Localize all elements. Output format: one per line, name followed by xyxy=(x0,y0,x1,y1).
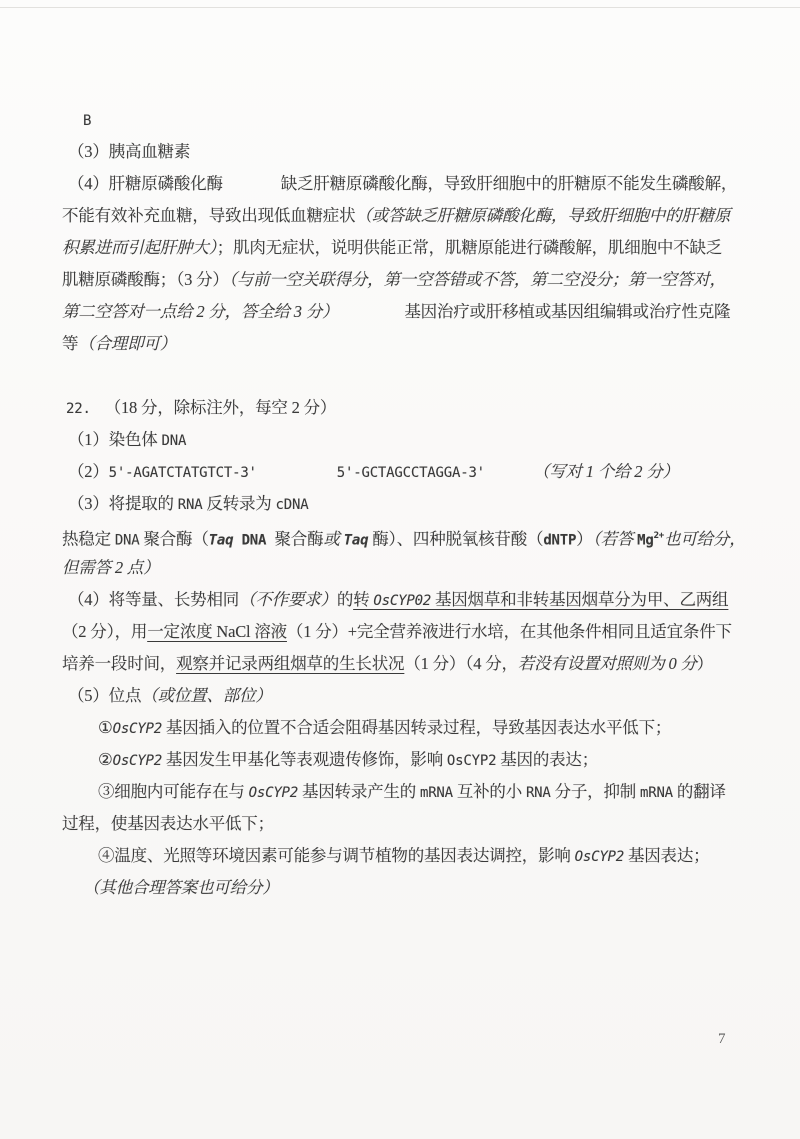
text-line: （4）将等量、长势相同（不作要求）的转 OsCYP02 基因烟草和非转基因烟草分… xyxy=(62,584,746,616)
text-segment: ② xyxy=(98,750,113,769)
text-segment: 缺乏肝糖原磷酸化酶，导致肝细胞中的肝糖原不能发生磷酸解， xyxy=(281,174,737,193)
text-segment: mRNA xyxy=(420,785,453,801)
text-segment: （或位置、部位） xyxy=(141,686,271,705)
text-segment: 基因的表达； xyxy=(496,750,598,769)
text-line: （2 分），用一定浓度 NaCl 溶液（1 分）+完全营养液进行水培，在其他条件… xyxy=(62,616,746,648)
text-segment: 基因插入的位置不合适会阻碍基因转录过程，导致基因表达水平低下； xyxy=(162,718,671,737)
text-segment: 肌糖原磷酸酶；（3 分） xyxy=(62,270,229,289)
text-segment: 聚合酶 xyxy=(275,530,324,549)
text-segment: ；肌肉无症状，说明供能正常，肌糖原能进行磷酸解，肌细胞中不缺乏 xyxy=(217,238,722,257)
text-line: 第二空答对一点给 2 分，答全给 3 分）基因治疗或肝移植或基因组编辑或治疗性克… xyxy=(62,296,746,328)
text-segment: 转 xyxy=(353,590,373,609)
text-line: 积累进而引起肝肿大）；肌肉无症状，说明供能正常，肌糖原能进行磷酸解，肌细胞中不缺… xyxy=(62,232,746,264)
text-line: 培养一段时间，观察并记录两组烟草的生长状况（1 分）（4 分，若没有设置对照则为… xyxy=(62,648,746,680)
text-segment: RNA xyxy=(526,785,551,801)
text-segment: ） xyxy=(697,654,713,673)
text-segment: 基因治疗或肝移植或基因组编辑或治疗性克隆 xyxy=(404,302,730,321)
text-segment: 热稳定 xyxy=(62,530,115,549)
scanned-exam-answer-page: B（3）胰高血糖素（4）肝糖原磷酸化酶缺乏肝糖原磷酸化酶，导致肝细胞中的肝糖原不… xyxy=(0,0,800,1139)
text-line: 等（合理即可） xyxy=(62,328,746,360)
spacer xyxy=(338,316,404,317)
text-segment: （18 分，除标注外，每空 2 分） xyxy=(105,398,337,417)
text-segment: 2+ xyxy=(654,531,664,541)
text-segment: 的翻译 xyxy=(673,782,726,801)
spacer xyxy=(485,476,533,477)
text-segment: 分子，抑制 xyxy=(551,782,640,801)
spacer xyxy=(223,188,281,189)
text-segment: mRNA xyxy=(640,785,673,801)
text-segment: 若没有设置对照则为 0 分 xyxy=(518,654,697,673)
text-segment: （2） xyxy=(68,462,109,481)
text-segment: 5'-GCTAGCCTAGGA-3' xyxy=(337,465,485,481)
text-segment: （写对 1 个给 2 分） xyxy=(533,462,679,481)
text-line: ②OsCYP2 基因发生甲基化等表观遗传修饰，影响 OsCYP2 基因的表达； xyxy=(62,744,746,776)
text-line: ①OsCYP2 基因插入的位置不合适会阻碍基因转录过程，导致基因表达水平低下； xyxy=(62,712,746,744)
text-segment: OsCYP02 xyxy=(373,593,431,609)
text-line: 不能有效补充血糖，导致出现低血糖症状（或答缺乏肝糖原磷酸化酶，导致肝细胞中的肝糖… xyxy=(62,200,746,232)
scan-edge-line xyxy=(0,7,800,8)
text-segment: （合理即可） xyxy=(78,334,176,353)
text-segment: （若答 xyxy=(593,530,638,549)
text-line: （3）胰高血糖素 xyxy=(62,136,746,168)
text-segment: cDNA xyxy=(276,497,309,513)
spacer xyxy=(257,476,337,477)
text-segment: DNA xyxy=(161,433,186,449)
text-segment: （2 分），用 xyxy=(62,622,147,641)
text-line: （5）位点（或位置、部位） xyxy=(62,680,746,712)
spacer xyxy=(91,412,105,413)
text-segment: （或答缺乏肝糖原磷酸化酶，导致肝细胞中的肝糖原 xyxy=(355,206,730,225)
text-segment: 基因表达； xyxy=(624,846,709,865)
text-line: B xyxy=(62,104,746,136)
text-segment: （与前一空关联得分，第一空答错或不答，第二空没分；第一空答对， xyxy=(229,270,726,289)
text-segment: （4）肝糖原磷酸化酶 xyxy=(68,174,223,193)
text-segment: OsCYP2 xyxy=(447,753,496,769)
text-segment: ① xyxy=(98,718,113,737)
text-line: 过程，使基因表达水平低下； xyxy=(62,808,746,840)
text-segment: （3）将提取的 xyxy=(68,494,178,513)
text-segment: 过程，使基因表达水平低下； xyxy=(62,814,274,833)
text-segment: ③细胞内可能存在与 xyxy=(98,782,249,801)
text-segment: 等 xyxy=(62,334,78,353)
blank-line xyxy=(62,360,746,392)
page-number: 7 xyxy=(718,1031,726,1048)
text-segment: 22. xyxy=(66,401,91,417)
text-segment: （5）位点 xyxy=(68,686,141,705)
text-segment: RNA xyxy=(178,497,203,513)
text-line: 肌糖原磷酸酶；（3 分）（与前一空关联得分，第一空答错或不答，第二空没分；第一空… xyxy=(62,264,746,296)
text-segment: B xyxy=(83,113,91,129)
text-segment: 培养一段时间， xyxy=(62,654,176,673)
text-line: （2）5'-AGATCTATGTCT-3'5'-GCTAGCCTAGGA-3'（… xyxy=(62,456,746,488)
text-segment: （4）将等量、长势相同 xyxy=(68,590,239,609)
text-segment: （3）胰高血糖素 xyxy=(68,142,190,161)
text-line: （4）肝糖原磷酸化酶缺乏肝糖原磷酸化酶，导致肝细胞中的肝糖原不能发生磷酸解， xyxy=(62,168,746,200)
text-segment: 或 xyxy=(323,530,343,549)
text-segment: （不作要求） xyxy=(239,590,337,609)
text-segment: 互补的小 xyxy=(453,782,526,801)
text-segment: 基因烟草和非转基因烟草分为甲、乙两组 xyxy=(431,590,728,609)
text-segment: 也可给分， xyxy=(664,530,746,549)
text-segment: OsCYP2 xyxy=(113,753,162,769)
text-segment: 基因转录产生的 xyxy=(298,782,420,801)
text-segment: 酶）、四种脱氧核苷酸（ xyxy=(368,530,543,549)
text-segment: （1 分）+完全营养液进行水培，在其他条件相同且适宜条件下 xyxy=(287,622,732,641)
text-segment: Taq xyxy=(344,533,369,549)
text-segment: ④温度、光照等环境因素可能参与调节植物的基因表达调控，影响 xyxy=(98,846,575,865)
text-segment: 积累进而引起肝肿大） xyxy=(62,238,217,257)
text-segment: DNA xyxy=(115,533,140,549)
text-segment: ） xyxy=(576,530,592,549)
text-line: （其他合理答案也可给分） xyxy=(62,872,746,904)
text-segment: （1）染色体 xyxy=(68,430,161,449)
text-line: ④温度、光照等环境因素可能参与调节植物的基因表达调控，影响 OsCYP2 基因表… xyxy=(62,840,746,872)
text-segment: 5'-AGATCTATGTCT-3' xyxy=(109,465,257,481)
text-segment: 不能有效补充血糖，导致出现低血糖症状 xyxy=(62,206,355,225)
text-segment: Taq xyxy=(209,533,234,549)
text-segment: 第二空答对一点给 2 分，答全给 3 分） xyxy=(62,302,338,321)
text-segment: 但需答 2 点） xyxy=(62,558,159,577)
text-line: ③细胞内可能存在与 OsCYP2 基因转录产生的 mRNA 互补的小 RNA 分… xyxy=(62,776,746,808)
text-segment: 聚合酶（ xyxy=(140,530,209,549)
text-segment: DNA xyxy=(233,533,274,549)
text-segment: （1 分）（4 分， xyxy=(404,654,518,673)
text-segment: OsCYP2 xyxy=(113,721,162,737)
text-line: 但需答 2 点） xyxy=(62,552,746,584)
text-line: （3）将提取的 RNA 反转录为 cDNA xyxy=(62,488,746,520)
text-segment: 的 xyxy=(337,590,353,609)
text-segment: 反转录为 xyxy=(202,494,275,513)
text-segment: OsCYP2 xyxy=(575,849,624,865)
text-segment: dNTP xyxy=(543,533,576,549)
document-body: B（3）胰高血糖素（4）肝糖原磷酸化酶缺乏肝糖原磷酸化酶，导致肝细胞中的肝糖原不… xyxy=(62,104,746,904)
text-line: （1）染色体 DNA xyxy=(62,424,746,456)
text-segment: 基因发生甲基化等表观遗传修饰，影响 xyxy=(162,750,447,769)
text-line: 22.（18 分，除标注外，每空 2 分） xyxy=(62,392,746,424)
text-segment: Mg xyxy=(637,533,653,549)
text-segment: 观察并记录两组烟草的生长状况 xyxy=(176,654,404,673)
text-line: 热稳定 DNA 聚合酶（Taq DNA 聚合酶或 Taq 酶）、四种脱氧核苷酸（… xyxy=(62,520,746,552)
text-segment: OsCYP2 xyxy=(249,785,298,801)
text-segment: （其他合理答案也可给分） xyxy=(83,878,279,897)
text-segment: 一定浓度 NaCl 溶液 xyxy=(147,622,287,641)
